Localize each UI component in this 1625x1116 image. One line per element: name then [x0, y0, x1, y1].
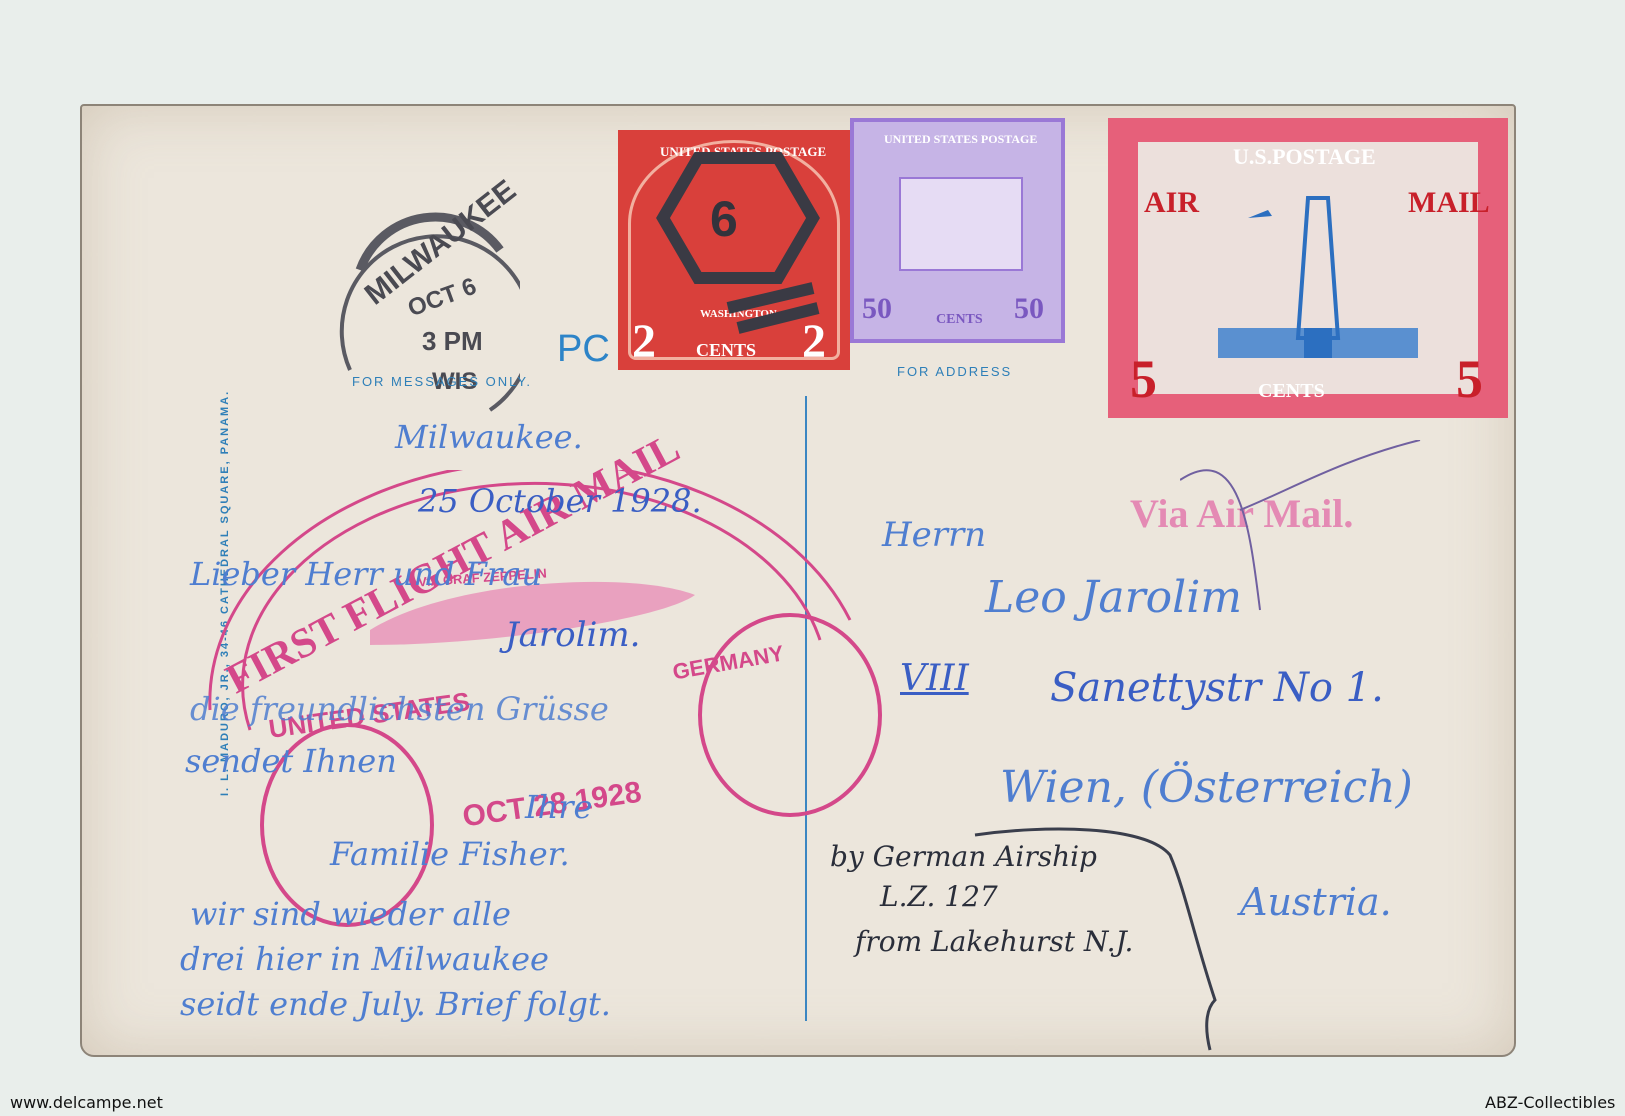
message-line-7: wir sind wieder alle — [190, 895, 511, 933]
watermark-abz: ABZ-Collectibles — [1485, 1093, 1615, 1112]
label-address: FOR ADDRESS — [897, 364, 1012, 379]
address-salutation: Herrn — [882, 515, 986, 555]
address-street: Sanettystr No 1. — [1050, 665, 1384, 711]
stamp-unit: CENTS — [1258, 380, 1325, 403]
message-line-8: drei hier in Milwaukee — [180, 940, 549, 978]
postmark-time: 3 PM — [422, 326, 483, 357]
stamp-mail-banner: MAIL — [1408, 186, 1490, 220]
stamp-unit: CENTS — [936, 312, 983, 328]
message-line-2: Jarolim. — [505, 615, 640, 655]
stamp-value-right: 50 — [1014, 292, 1044, 326]
message-line-1: Lieber Herr und Frau — [190, 555, 542, 593]
routing-bracket-line — [965, 800, 1275, 1060]
stamp-value-right: 5 — [1456, 348, 1483, 410]
pc-mark: PC — [557, 328, 610, 371]
stamp-2-cent: UNITED STATES POSTAGE WASHINGTON 2 2 CEN… — [618, 130, 850, 370]
stamp-50-cent: UNITED STATES POSTAGE 50 50 CENTS — [850, 118, 1065, 343]
message-line-5: Ihre — [525, 788, 592, 826]
watermark-delcampe: www.delcampe.net — [10, 1093, 163, 1112]
stamp-air-banner: AIR — [1144, 186, 1199, 220]
label-messages: FOR MESSAGES ONLY. — [352, 374, 532, 389]
message-place: Milwaukee. — [395, 418, 583, 456]
cancel-number: 6 — [710, 190, 738, 248]
beacon-tower-icon — [1218, 178, 1418, 378]
address-name: Leo Jarolim — [985, 572, 1242, 623]
stamp-value-left: 50 — [862, 292, 892, 326]
message-line-3: die freundlichsten Grüsse — [190, 690, 609, 728]
amphitheater-image — [899, 177, 1023, 271]
message-line-4: sendet Ihnen — [185, 742, 397, 780]
address-district: VIII — [900, 658, 969, 699]
stamp-5-cent-airmail: U.S.POSTAGE AIR MAIL 5 5 CENTS — [1108, 118, 1508, 418]
stamp-top-text: UNITED STATES POSTAGE — [884, 132, 1037, 147]
message-line-6: Familie Fisher. — [330, 835, 570, 873]
message-line-9: seidt ende July. Brief folgt. — [180, 985, 611, 1023]
stamp-top-text: U.S.POSTAGE — [1233, 144, 1376, 170]
stamp-value-left: 5 — [1130, 348, 1157, 410]
duplex-cancel — [638, 148, 838, 348]
message-date: 25 October 1928. — [418, 482, 702, 520]
